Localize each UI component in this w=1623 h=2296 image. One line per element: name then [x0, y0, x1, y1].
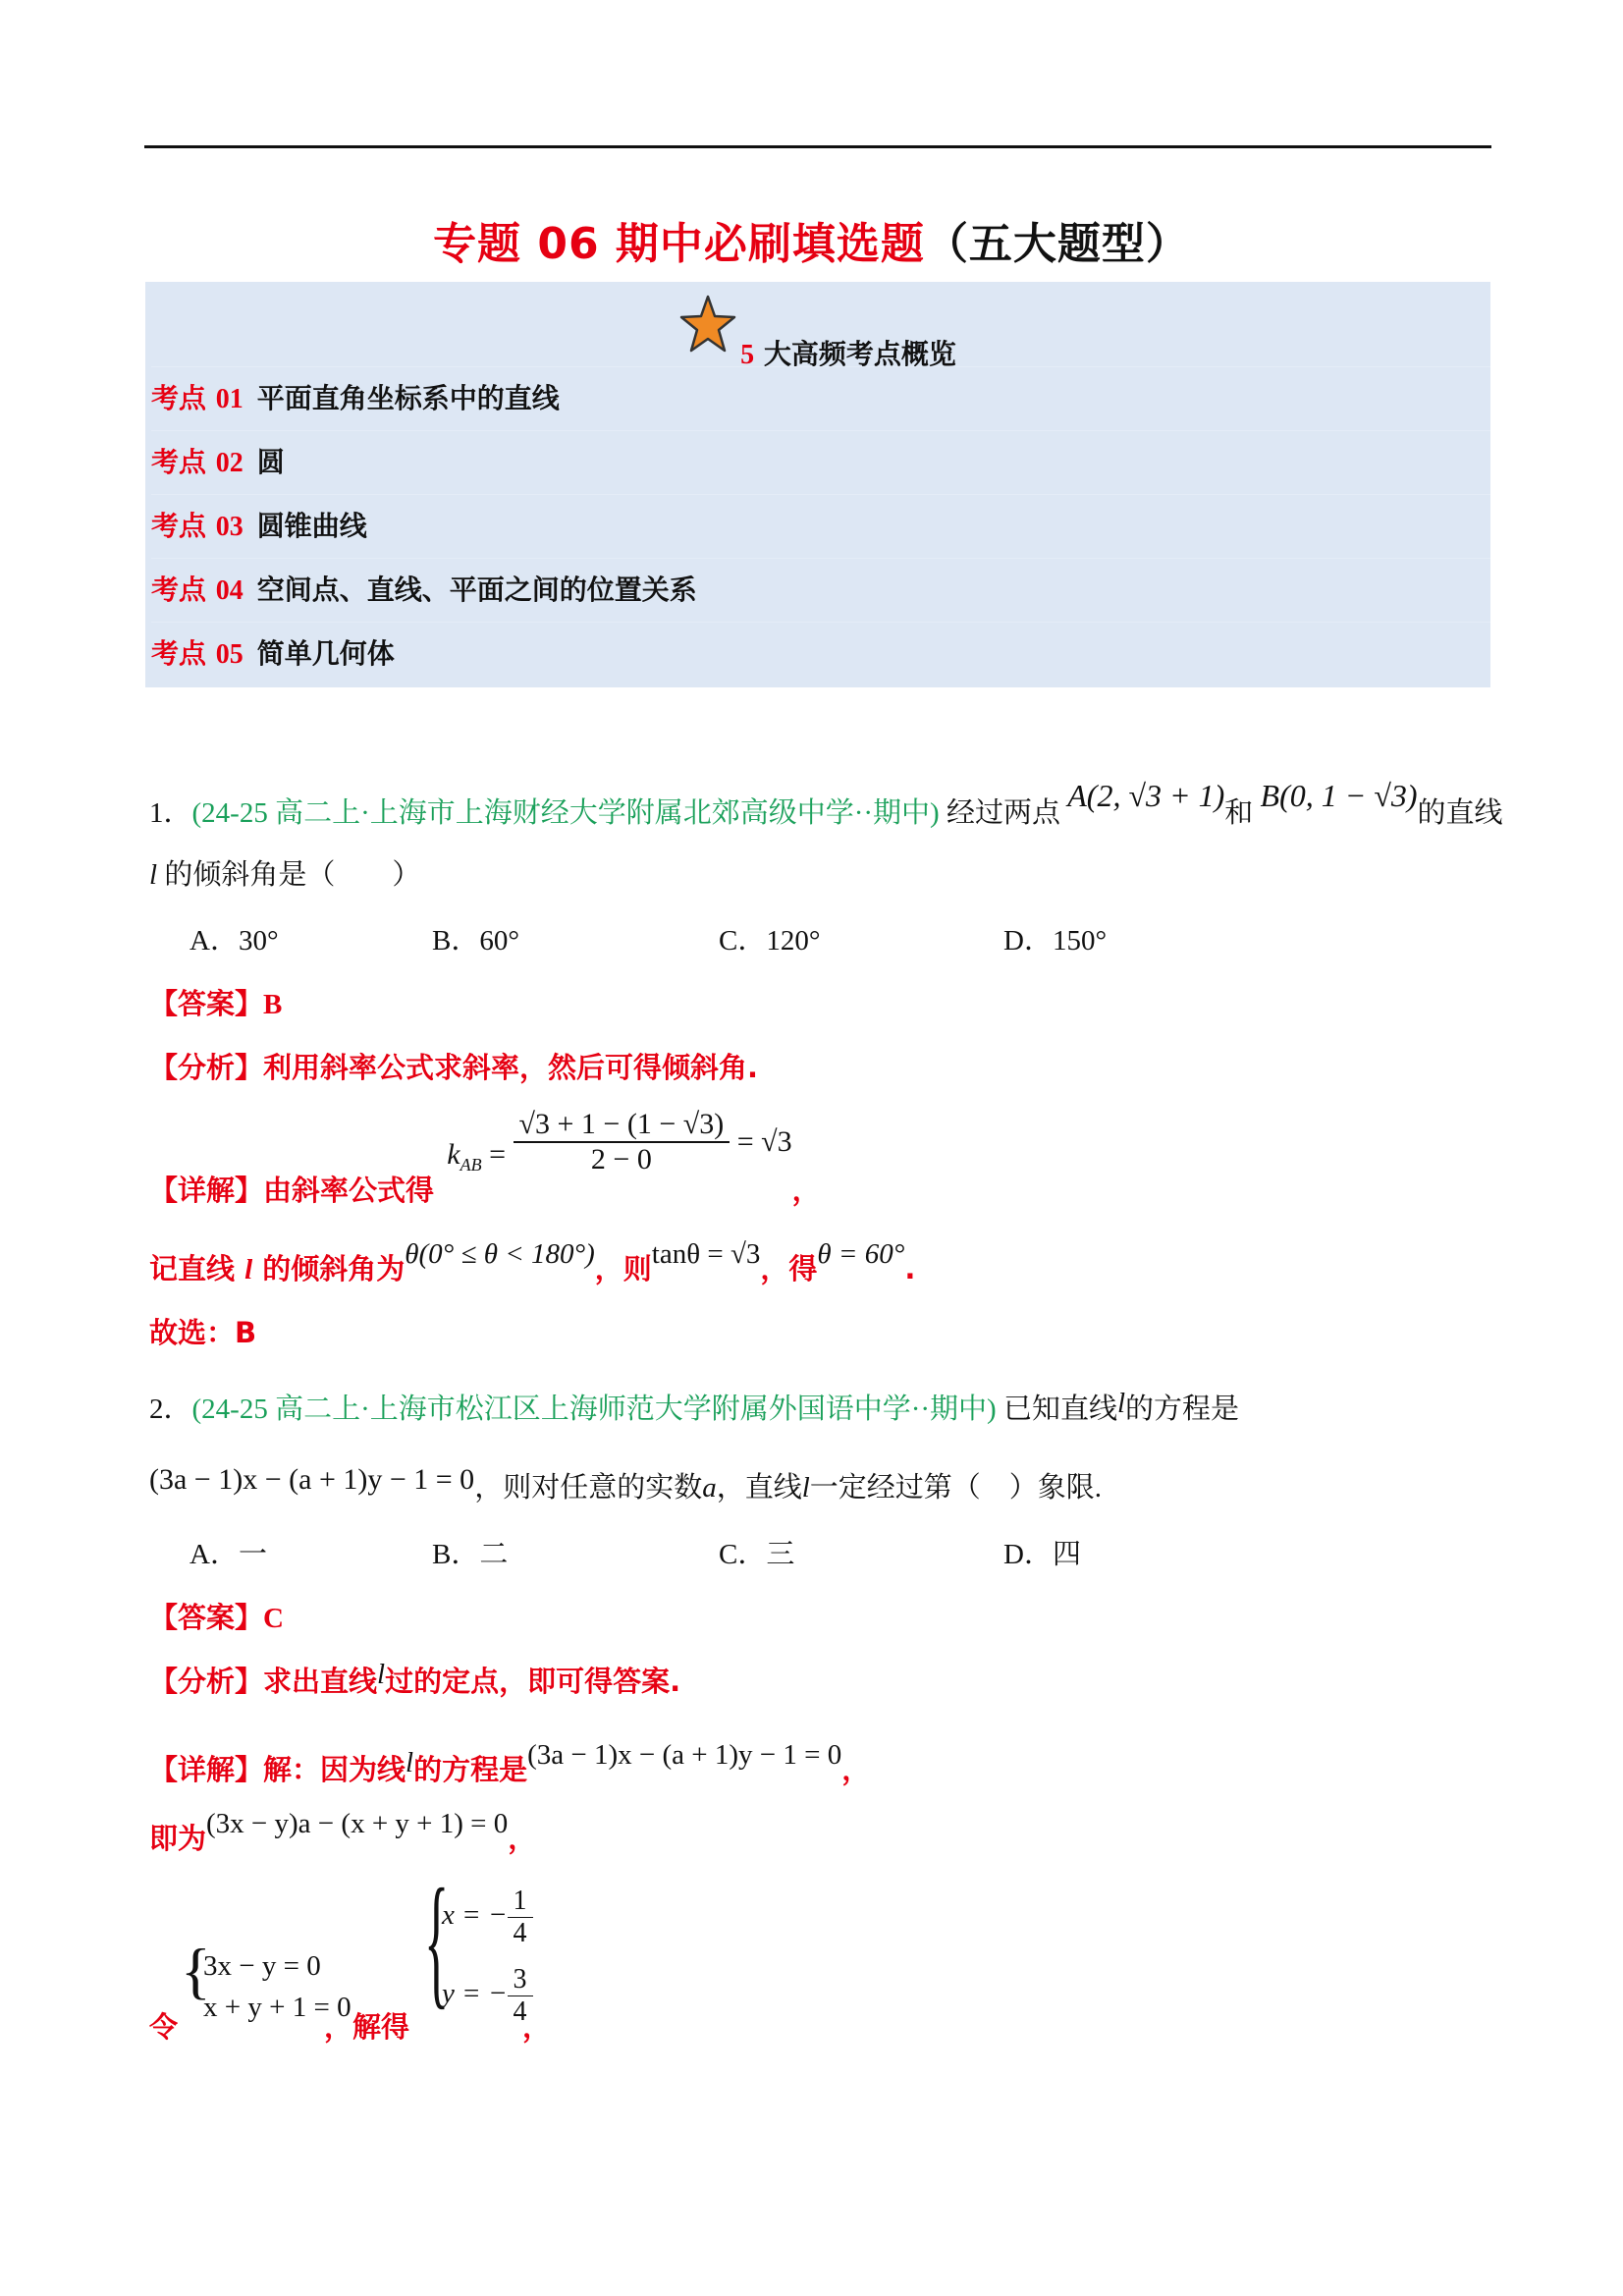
overview-item-04: 考点 04空间点、直线、平面之间的位置关系 [151, 558, 1490, 622]
question-1-detail-line1: 【详解】由斜率公式得 kAB = √3 + 1 − (1 − √3)2 − 0 … [149, 1108, 821, 1206]
overview-item-01: 考点 01平面直角坐标系中的直线 [151, 366, 1490, 430]
question-1-answer: 【答案】B [149, 982, 282, 1022]
title-suffix: （五大题型） [925, 219, 1190, 269]
question-2-answer: 【答案】C [149, 1596, 284, 1636]
question-2-detail-line1: 【详解】解：因为线l的方程是(3a − 1)x − (a + 1)y − 1 =… [149, 1748, 870, 1788]
overview-item-label: 简单几何体 [257, 637, 395, 670]
line-equation: (3a − 1)x − (a + 1)y − 1 = 0 [149, 1463, 474, 1496]
question-1-conclusion: 故选：B [149, 1311, 256, 1351]
question-2-stem: 2．(24-25 高二上·上海市松江区上海师范大学附属外国语中学··期中) 已知… [149, 1387, 1239, 1427]
point-a: A(2, √3 + 1) [1067, 778, 1224, 813]
overview-heading: 5 大高频考点概览 [145, 294, 1490, 366]
question-2-option-c: C．三 [719, 1532, 794, 1572]
question-2-option-b: B．二 [432, 1532, 508, 1572]
slope-formula: kAB = √3 + 1 − (1 − √3)2 − 0 = √3 [447, 1108, 791, 1176]
question-2-analysis: 【分析】求出直线l过的定点，即可得答案. [149, 1660, 680, 1700]
question-source: (24-25 高二上·上海市上海财经大学附属北郊高级中学··期中) [192, 797, 940, 829]
question-source: (24-25 高二上·上海市松江区上海师范大学附属外国语中学··期中) [192, 1394, 997, 1425]
answer-value: B [263, 989, 282, 1020]
page-title: 专题 06 期中必刷填选题（五大题型） [0, 208, 1623, 271]
star-icon [679, 294, 736, 359]
overview-box: 5 大高频考点概览 考点 01平面直角坐标系中的直线 考点 02圆 考点 03圆… [145, 282, 1490, 687]
question-1-analysis: 【分析】利用斜率公式求斜率，然后可得倾斜角. [149, 1046, 758, 1086]
overview-item-03: 考点 03圆锥曲线 [151, 494, 1490, 558]
answer-value: C [263, 1603, 284, 1634]
overview-item-label: 空间点、直线、平面之间的位置关系 [257, 574, 697, 606]
overview-item-label: 圆锥曲线 [257, 510, 367, 542]
question-number: 2． [149, 1394, 192, 1425]
question-2-detail-line2: 即为(3x − y)a − (x + y + 1) = 0， [149, 1817, 536, 1857]
question-2-stem-line2: (3a − 1)x − (a + 1)y − 1 = 0，则对任意的实数a，直线… [149, 1465, 1102, 1505]
question-1-option-c: C．120° [719, 918, 820, 958]
overview-item-02: 考点 02圆 [151, 430, 1490, 494]
question-1-stem: 1．(24-25 高二上·上海市上海财经大学附属北郊高级中学··期中) 经过两点… [149, 791, 1503, 831]
question-2-option-a: A．一 [189, 1532, 267, 1572]
overview-item-label: 平面直角坐标系中的直线 [257, 382, 560, 414]
question-2-detail-line3: 令 { 3x − y = 0 x + y + 1 = 0 ，解得 { x = −… [149, 1866, 837, 2052]
title-main: 专题 06 期中必刷填选题 [433, 219, 925, 269]
question-1-option-a: A．30° [189, 918, 279, 958]
overview-item-label: 圆 [257, 446, 285, 478]
question-1-option-b: B．60° [432, 918, 519, 958]
question-1-stem-line2: l 的倾斜角是（ ） [149, 852, 420, 893]
question-1-option-d: D．150° [1003, 918, 1107, 958]
overview-item-05: 考点 05简单几何体 [151, 622, 1490, 685]
header-rule [144, 145, 1491, 148]
question-1-detail-line2: 记直线 l 的倾斜角为θ(0° ≤ θ < 180°)，则tanθ = √3，得… [149, 1247, 915, 1287]
question-number: 1． [149, 797, 192, 829]
question-2-option-d: D．四 [1003, 1532, 1081, 1572]
point-b: B(0, 1 − √3) [1261, 778, 1418, 813]
